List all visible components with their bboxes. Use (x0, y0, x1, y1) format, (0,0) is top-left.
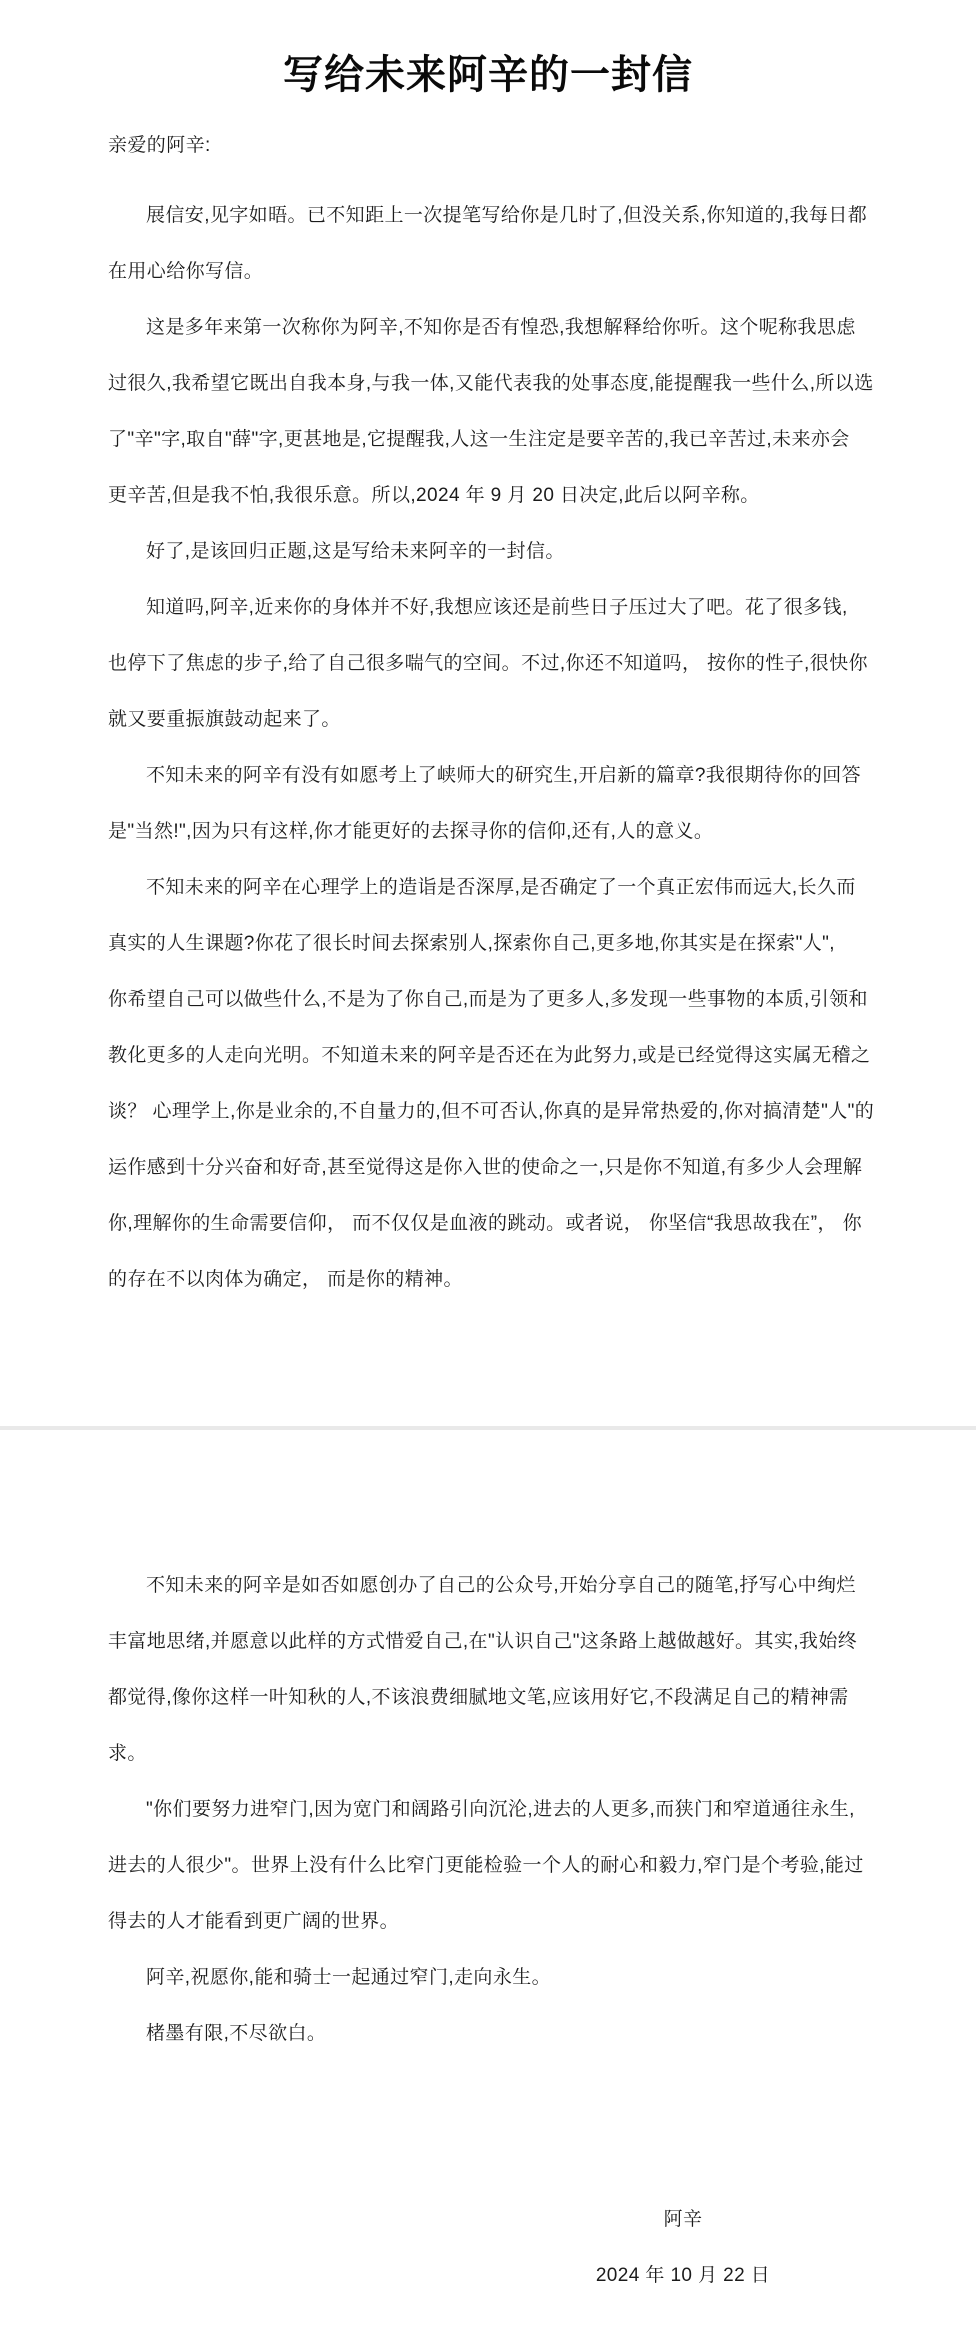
paragraph: 亲爱的阿辛: (108, 118, 912, 174)
letter-body-page-1: 亲爱的阿辛:展信安,见字如晤。已不知距上一次提笔写给你是几时了,但没关系,你知道… (0, 118, 976, 1308)
letter-page-2: 不知未来的阿辛是如否如愿创办了自己的公众号,开始分享自己的随笔,抒写心中绚烂丰富… (0, 1558, 976, 2304)
paragraph: 阿辛,祝愿你,能和骑士一起通过窄门,走向永生。 (108, 1950, 912, 2006)
text-line: 展信安,见字如晤。已不知距上一次提笔写给你是几时了,但没关系,你知道的,我每日都 (108, 188, 912, 244)
paragraph: 知道吗,阿辛,近来你的身体并不好,我想应该还是前些日子压过大了吧。花了很多钱,也… (108, 580, 912, 748)
text-line: 不知未来的阿辛有没有如愿考上了峡师大的研究生,开启新的篇章?我很期待你的回答 (108, 748, 912, 804)
text-line: 阿辛,祝愿你,能和骑士一起通过窄门,走向永生。 (108, 1950, 912, 2006)
paragraph: 不知未来的阿辛有没有如愿考上了峡师大的研究生,开启新的篇章?我很期待你的回答是"… (108, 748, 912, 860)
text-line: 进去的人很少"。世界上没有什么比窄门更能检验一个人的耐心和毅力,窄门是个考验,能… (108, 1838, 912, 1894)
text-line: 更辛苦,但是我不怕,我很乐意。所以,2024 年 9 月 20 日决定,此后以阿… (108, 468, 912, 524)
paragraph: 不知未来的阿辛是如否如愿创办了自己的公众号,开始分享自己的随笔,抒写心中绚烂丰富… (108, 1558, 912, 1782)
signature-block: 阿辛 2024 年 10 月 22 日 (0, 2192, 976, 2304)
letter-title: 写给未来阿辛的一封信 (0, 0, 976, 98)
text-line: 楮墨有限,不尽欲白。 (108, 2006, 912, 2062)
text-line: 这是多年来第一次称你为阿辛,不知你是否有惶恐,我想解释给你听。这个呢称我思虑 (108, 300, 912, 356)
letter-body-page-2: 不知未来的阿辛是如否如愿创办了自己的公众号,开始分享自己的随笔,抒写心中绚烂丰富… (0, 1558, 976, 2062)
text-line: 也停下了焦虑的步子,给了自己很多喘气的空间。不过,你还不知道吗， 按你的性子,很… (108, 636, 912, 692)
paragraph: 好了,是该回归正题,这是写给未来阿辛的一封信。 (108, 524, 912, 580)
text-line: 真实的人生课题?你花了很长时间去探索别人,探索你自己,更多地,你其实是在探索"人… (108, 916, 912, 972)
paragraph: 不知未来的阿辛在心理学上的造诣是否深厚,是否确定了一个真正宏伟而远大,长久而真实… (108, 860, 912, 1308)
text-line: 运作感到十分兴奋和好奇,甚至觉得这是你入世的使命之一,只是你不知道,有多少人会理… (108, 1140, 912, 1196)
text-line: 就又要重振旗鼓动起来了。 (108, 692, 912, 748)
text-line: 在用心给你写信。 (108, 244, 912, 300)
text-line: 知道吗,阿辛,近来你的身体并不好,我想应该还是前些日子压过大了吧。花了很多钱, (108, 580, 912, 636)
text-line: 了"辛"字,取自"薛"字,更甚地是,它提醒我,人这一生注定是要辛苦的,我已辛苦过… (108, 412, 912, 468)
paragraph: "你们要努力进窄门,因为宽门和阔路引向沉沦,进去的人更多,而狭门和窄道通往永生,… (108, 1782, 912, 1950)
text-line: 亲爱的阿辛: (108, 118, 912, 174)
text-line: "你们要努力进窄门,因为宽门和阔路引向沉沦,进去的人更多,而狭门和窄道通往永生, (108, 1782, 912, 1838)
text-line: 求。 (108, 1726, 912, 1782)
text-line: 得去的人才能看到更广阔的世界。 (108, 1894, 912, 1950)
text-line: 丰富地思绪,并愿意以此样的方式惜爱自己,在"认识自己"这条路上越做越好。其实,我… (108, 1614, 912, 1670)
text-line: 都觉得,像你这样一叶知秋的人,不该浪费细腻地文笔,应该用好它,不段满足自己的精神… (108, 1670, 912, 1726)
signature-date: 2024 年 10 月 22 日 (390, 2248, 976, 2304)
text-line: 是"当然!",因为只有这样,你才能更好的去探寻你的信仰,还有,人的意义。 (108, 804, 912, 860)
text-line: 好了,是该回归正题,这是写给未来阿辛的一封信。 (108, 524, 912, 580)
page-divider (0, 1426, 976, 1430)
text-line: 教化更多的人走向光明。不知道未来的阿辛是否还在为此努力,或是已经觉得这实属无稽之 (108, 1028, 912, 1084)
signature-name: 阿辛 (390, 2192, 976, 2248)
text-line: 你希望自己可以做些什么,不是为了你自己,而是为了更多人,多发现一些事物的本质,引… (108, 972, 912, 1028)
text-line: 不知未来的阿辛在心理学上的造诣是否深厚,是否确定了一个真正宏伟而远大,长久而 (108, 860, 912, 916)
paragraph: 楮墨有限,不尽欲白。 (108, 2006, 912, 2062)
paragraph: 这是多年来第一次称你为阿辛,不知你是否有惶恐,我想解释给你听。这个呢称我思虑过很… (108, 300, 912, 524)
paragraph: 展信安,见字如晤。已不知距上一次提笔写给你是几时了,但没关系,你知道的,我每日都… (108, 188, 912, 300)
text-line: 谈？ 心理学上,你是业余的,不自量力的,但不可否认,你真的是异常热爱的,你对搞清… (108, 1084, 912, 1140)
text-line: 过很久,我希望它既出自我本身,与我一体,又能代表我的处事态度,能提醒我一些什么,… (108, 356, 912, 412)
text-line: 的存在不以肉体为确定， 而是你的精神。 (108, 1252, 912, 1308)
text-line: 不知未来的阿辛是如否如愿创办了自己的公众号,开始分享自己的随笔,抒写心中绚烂 (108, 1558, 912, 1614)
letter-document: 写给未来阿辛的一封信 亲爱的阿辛:展信安,见字如晤。已不知距上一次提笔写给你是几… (0, 0, 976, 2336)
letter-page-1: 写给未来阿辛的一封信 亲爱的阿辛:展信安,见字如晤。已不知距上一次提笔写给你是几… (0, 0, 976, 1308)
text-line: 你,理解你的生命需要信仰， 而不仅仅是血液的跳动。或者说， 你坚信“我思故我在”… (108, 1196, 912, 1252)
